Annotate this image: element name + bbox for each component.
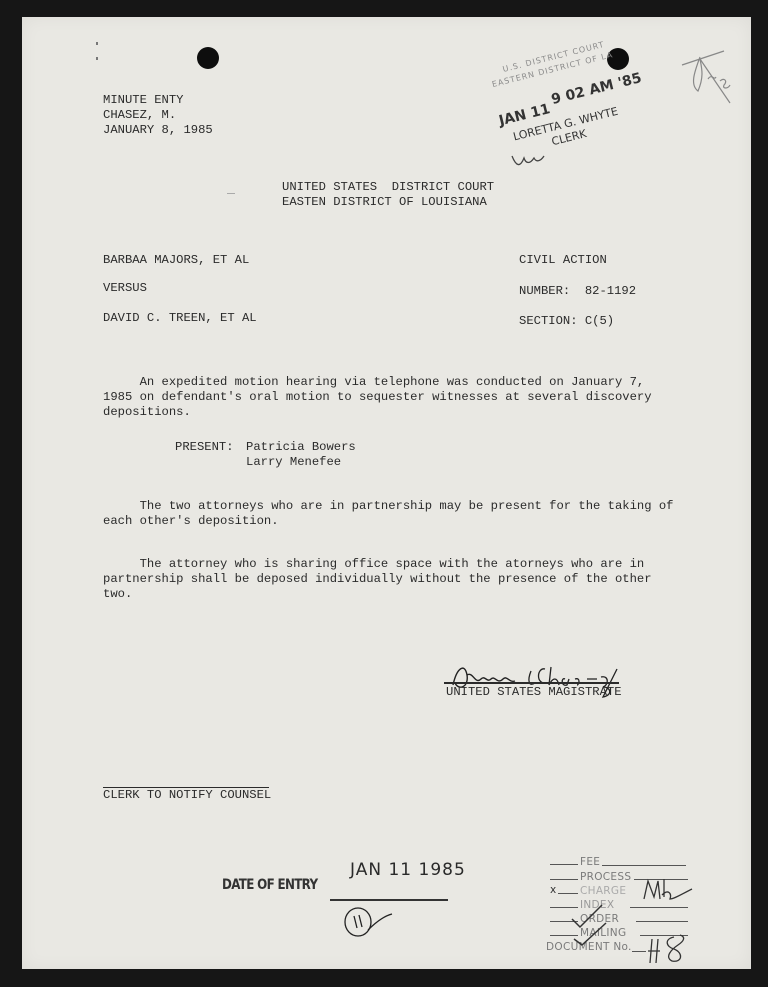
body-para2-line2: each other's deposition. [103, 514, 279, 529]
body-para1-line1: An expedited motion hearing via telephon… [103, 375, 644, 390]
caption-number: NUMBER: 82-1192 [519, 281, 636, 299]
circled-entry-number [340, 902, 410, 942]
date-of-entry-label: DATE OF ENTRY [222, 877, 317, 893]
caption-section-value: C(5) [585, 314, 614, 328]
margin-speck [96, 57, 98, 60]
header-date: JANUARY 8, 1985 [103, 123, 213, 138]
header-judge: CHASEZ, M. [103, 108, 176, 123]
present-name-1: Patricia Bowers [246, 440, 356, 455]
docket-checkmarks [568, 899, 618, 949]
docket-charge-mark: x [550, 884, 557, 896]
caption-section: SECTION: C(5) [519, 311, 614, 329]
present-label: PRESENT: [175, 440, 234, 455]
caption-civil-action: CIVIL ACTION [519, 253, 607, 268]
caption-versus: VERSUS [103, 281, 147, 296]
caption-number-value: 82-1192 [585, 284, 636, 298]
court-district: EASTEN DISTRICT OF LOUISIANA [282, 195, 487, 210]
body-para3-line3: two. [103, 587, 132, 602]
clerk-initials-scribble [510, 150, 550, 170]
body-para1-line2: 1985 on defendant's oral motion to seque… [103, 390, 652, 405]
present-name-2: Larry Menefee [246, 455, 341, 470]
docket-initials-scribble [640, 875, 700, 903]
header-minute-entry: MINUTE ENTY [103, 93, 183, 108]
date-of-entry-value: JAN 11 1985 [350, 860, 466, 880]
docket-stamp: FEE PROCESS x CHARGE INDEX ORDER MAILING… [540, 855, 710, 965]
corner-annotation-scribble [672, 47, 752, 107]
punch-hole-left [197, 47, 219, 69]
docket-charge: CHARGE [580, 885, 626, 897]
docket-number-scribble [646, 933, 696, 967]
document-page: MINUTE ENTY CHASEZ, M. JANUARY 8, 1985 U… [22, 17, 751, 969]
body-para3-line2: partnership shall be deposed individuall… [103, 572, 652, 587]
body-para2-line1: The two attorneys who are in partnership… [103, 499, 673, 514]
body-para3-line1: The attorney who is sharing office space… [103, 557, 644, 572]
date-of-entry-line [330, 899, 448, 901]
filed-stamp-time: 9 02 AM '85 [550, 70, 644, 108]
signature-title: UNITED STATES MAGISTRATE [446, 685, 622, 700]
caption-plaintiff: BARBAA MAJORS, ET AL [103, 253, 249, 268]
court-name: UNITED STATES DISTRICT COURT [282, 180, 494, 195]
signature-line [444, 682, 619, 684]
filed-stamp: U.S. DISTRICT COURT EASTERN DISTRICT OF … [477, 13, 681, 173]
caption-number-label: NUMBER: [519, 284, 570, 298]
docket-fee: FEE [580, 856, 600, 868]
docket-process: PROCESS [580, 871, 631, 883]
margin-speck [96, 42, 98, 45]
caption-defendant: DAVID C. TREEN, ET AL [103, 311, 257, 326]
caption-section-label: SECTION: [519, 314, 578, 328]
clerk-notice: CLERK TO NOTIFY COUNSEL [103, 788, 271, 803]
stray-mark [227, 193, 235, 194]
body-para1-line3: depositions. [103, 405, 191, 420]
